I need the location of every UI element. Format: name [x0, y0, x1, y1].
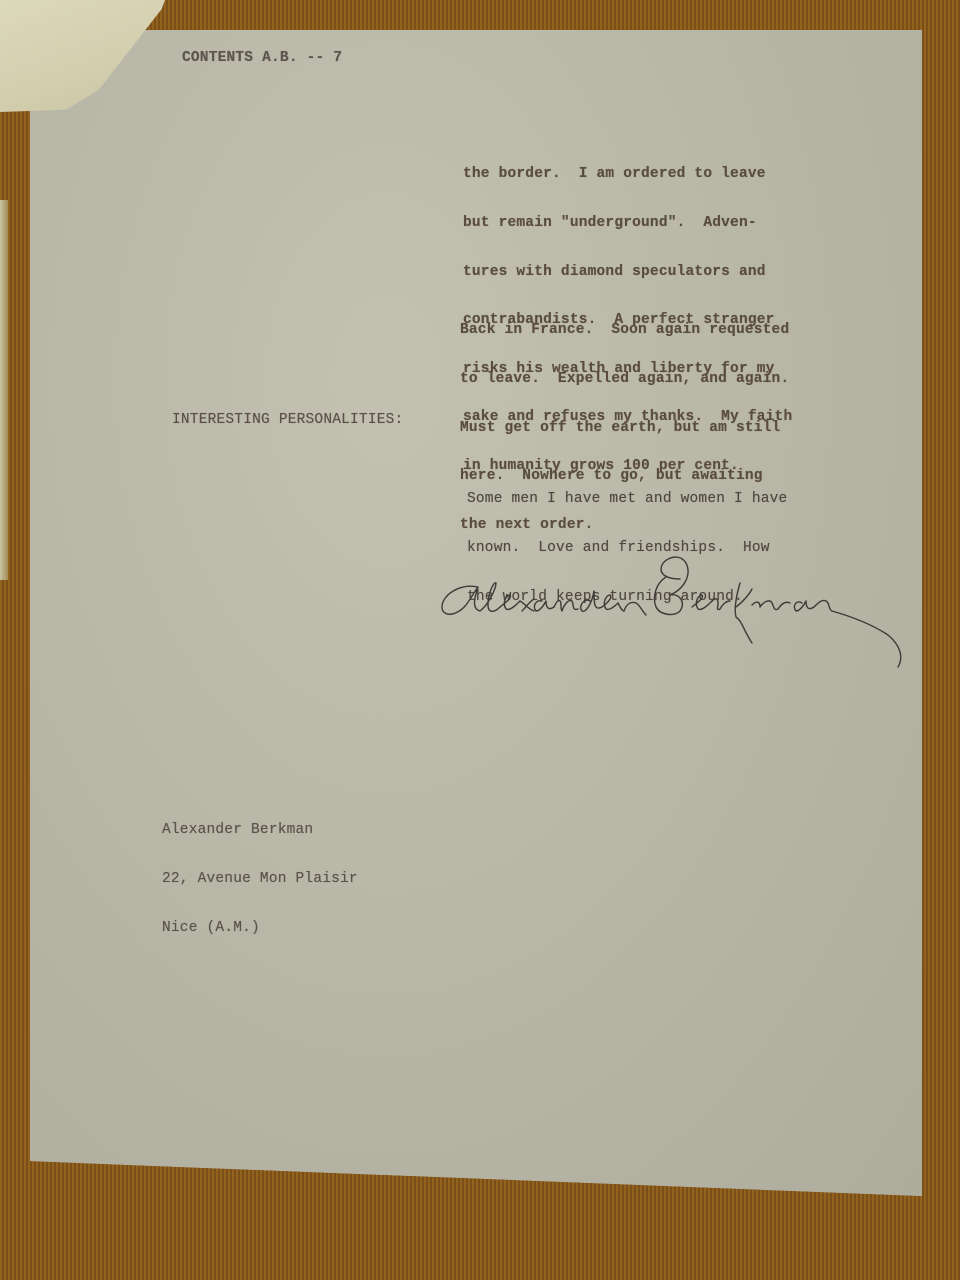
handwritten-signature: Alexander Berkman: [430, 545, 920, 675]
text-line: Must get off the earth, but am still: [460, 420, 789, 436]
text-line: tures with diamond speculators and: [463, 264, 792, 280]
section-heading: INTERESTING PERSONALITIES:: [172, 412, 403, 428]
text-line: the border. I am ordered to leave: [463, 166, 792, 182]
signature-icon: [430, 545, 920, 675]
text-line: Some men I have met and women I have: [467, 491, 787, 507]
text-line: to leave. Expelled again, and again.: [460, 371, 789, 387]
address-street: 22, Avenue Mon Plaisir: [162, 871, 358, 887]
text-line: but remain "underground". Adven-: [463, 215, 792, 231]
sender-address: Alexander Berkman 22, Avenue Mon Plaisir…: [162, 790, 358, 952]
adjacent-sheet-edge: [0, 200, 8, 580]
address-name: Alexander Berkman: [162, 822, 358, 838]
page-header: CONTENTS A.B. -- 7: [182, 50, 342, 66]
text-line: Back in France. Soon again requested: [460, 322, 789, 338]
address-city: Nice (A.M.): [162, 920, 358, 936]
